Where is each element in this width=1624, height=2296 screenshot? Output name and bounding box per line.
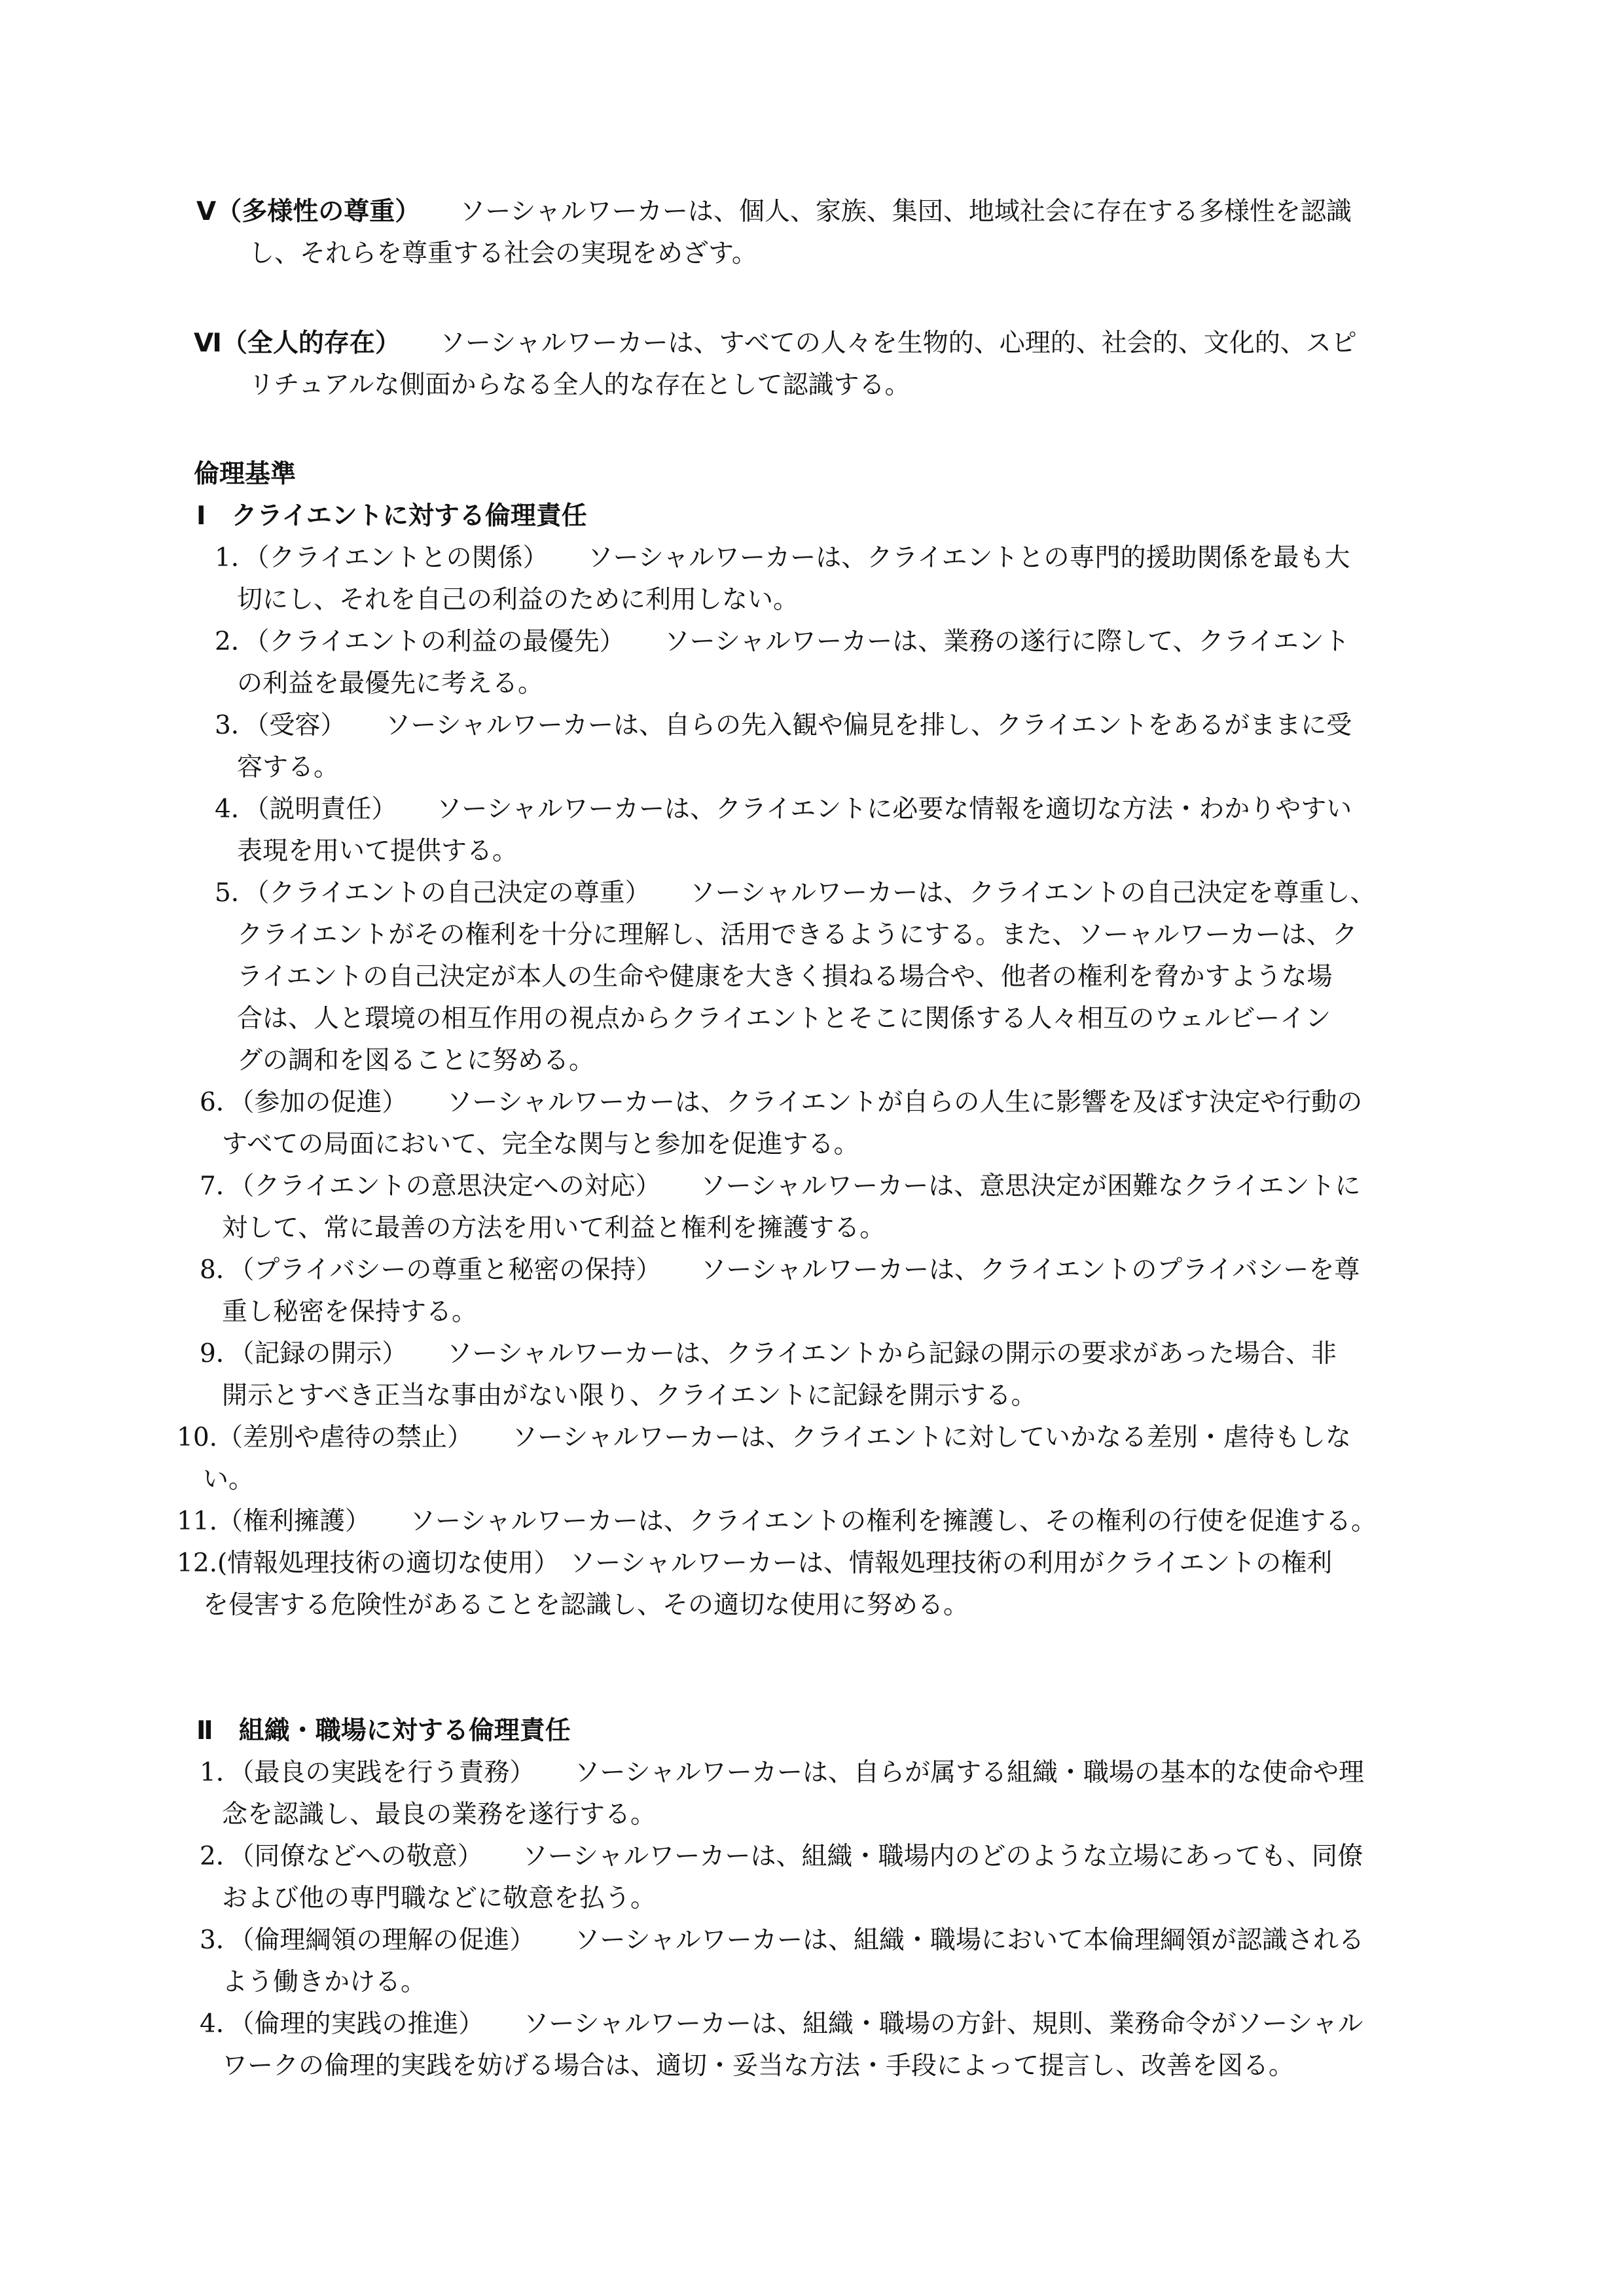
principle-text: ソーシャルワーカーは、すべての人々を生物的、心理的、社会的、文化的、スピ [440, 329, 1357, 358]
list-item: 9．（記録の開示）ソーシャルワーカーは、クライエントから記録の開示の要求があった… [200, 1333, 1337, 1417]
list-item: 2．（クライエントの利益の最優先）ソーシャルワーカーは、業務の遂行に際して、クラ… [215, 621, 1350, 705]
item-title: （権利擁護） [217, 1507, 370, 1536]
item-text: ワークの倫理的実践を妨げる場合は、適切・妥当な方法・手段によって提言し、改善を図… [200, 2045, 1363, 2087]
item-number: 2． [215, 627, 257, 656]
list-item: 6．（参加の促進）ソーシャルワーカーは、クライエントが自らの人生に影響を及ぼす決… [200, 1082, 1362, 1166]
item-text: の利益を最優先に考える。 [215, 663, 1350, 705]
list-item: 5．（クライエントの自己決定の尊重）ソーシャルワーカーは、クライエントの自己決定… [215, 872, 1376, 1082]
section-heading: Ⅱ 組織・職場に対する倫理責任 [196, 1710, 571, 1752]
item-text: よう働きかける。 [200, 1962, 1364, 2003]
item-number: 11. [177, 1507, 217, 1536]
principle-text: リチュアルな側面からなる全人的な存在として認識する。 [194, 365, 1357, 406]
item-number: 6． [200, 1088, 242, 1117]
item-number: 4． [200, 2009, 242, 2039]
item-text: グの調和を図ることに努める。 [215, 1040, 1376, 1082]
item-text: ソーシャルワーカーは、クライエントとの専門的援助関係を最も大 [588, 543, 1350, 573]
item-text: すべての局面において、完全な関与と参加を促進する。 [200, 1124, 1362, 1166]
principle-title: （全人的存在） [222, 329, 401, 358]
item-text: ソーシャルワーカーは、情報処理技術の利用がクライエントの権利 [569, 1549, 1332, 1578]
item-text: ソーシャルワーカーは、組織・職場の方針、規則、業務命令がソーシャル [523, 2009, 1363, 2039]
item-title: （同僚などへの敬意） [242, 1842, 483, 1871]
list-item: 3．（倫理綱領の理解の促進）ソーシャルワーカーは、組織・職場において本倫理綱領が… [200, 1920, 1364, 2003]
item-text: 開示とすべき正当な事由がない限り、クライエントに記録を開示する。 [200, 1375, 1337, 1417]
item-title: （受容） [257, 711, 346, 740]
item-text: ソーシャルワーカーは、クライエントのプライバシーを尊 [700, 1255, 1360, 1285]
item-title: （最良の実践を行う責務） [242, 1758, 535, 1787]
item-number: 8． [200, 1255, 242, 1285]
item-text: ソーシャルワーカーは、クライエントに必要な情報を適切な方法・わかりやすい [436, 795, 1352, 824]
principle-vi: Ⅵ（全人的存在）ソーシャルワーカーは、すべての人々を生物的、心理的、社会的、文化… [194, 323, 1357, 406]
item-text: ソーシャルワーカーは、クライエントから記録の開示の要求があった場合、非 [446, 1339, 1337, 1369]
item-text: ソーシャルワーカーは、業務の遂行に際して、クライエント [664, 627, 1350, 656]
item-title: （差別や虐待の禁止） [217, 1423, 473, 1452]
item-text: 重し秘密を保持する。 [200, 1291, 1360, 1333]
item-text: 合は、人と環境の相互作用の視点からクライエントとそこに関係する人々相互のウェルビ… [215, 998, 1376, 1040]
ethics-standards-heading: 倫理基準 [194, 454, 296, 495]
list-item: 10.（差別や虐待の禁止）ソーシャルワーカーは、クライエントに対していかなる差別… [177, 1417, 1351, 1501]
item-title: （クライエントとの関係） [257, 543, 549, 573]
item-title: （クライエントの利益の最優先） [257, 627, 625, 656]
list-item: 2．（同僚などへの敬意）ソーシャルワーカーは、組織・職場内のどのような立場にあっ… [200, 1836, 1363, 1920]
list-item: 1．（最良の実践を行う責務）ソーシャルワーカーは、自らが属する組織・職場の基本的… [200, 1752, 1364, 1836]
item-number: 1． [200, 1758, 242, 1787]
item-title: （クライエントの意思決定への対応） [242, 1172, 661, 1201]
item-text: ソーシャルワーカーは、自らが属する組織・職場の基本的な使命や理 [574, 1758, 1364, 1787]
principle-text: し、それらを尊重する社会の実現をめざす。 [196, 233, 1352, 275]
item-title: （プライバシーの尊重と秘密の保持） [242, 1255, 662, 1285]
item-number: 10. [177, 1423, 217, 1452]
item-title: （記録の開示） [242, 1339, 408, 1369]
document-page: Ⅴ（多様性の尊重）ソーシャルワーカーは、個人、家族、集団、地域社会に存在する多様… [0, 0, 1624, 2296]
item-number: 7． [200, 1172, 242, 1201]
list-item: 12.(情報処理技術の適切な使用）ソーシャルワーカーは、情報処理技術の利用がクラ… [177, 1543, 1332, 1626]
item-text: ソーシャルワーカーは、意思決定が困難なクライエントに [700, 1172, 1361, 1201]
item-text: ソーシャルワーカーは、クライエントの自己決定を尊重し、 [690, 878, 1376, 908]
item-number: 9． [200, 1339, 242, 1369]
item-text: 切にし、それを自己の利益のために利用しない。 [215, 579, 1350, 621]
item-number: 3． [215, 711, 257, 740]
item-text: クライエントがその権利を十分に理解し、活用できるようにする。また、ソーャルワーカ… [215, 914, 1376, 956]
item-title: （説明責任） [257, 795, 397, 824]
item-text: 容する。 [215, 747, 1352, 789]
list-item: 4．（説明責任）ソーシャルワーカーは、クライエントに必要な情報を適切な方法・わか… [215, 789, 1352, 872]
item-text: ソーシャルワーカーは、自らの先入観や偏見を排し、クライエントをあるがままに受 [385, 711, 1352, 740]
item-number: 3． [200, 1926, 242, 1955]
item-number: 12. [177, 1549, 217, 1578]
item-text: および他の専門職などに敬意を払う。 [200, 1878, 1363, 1920]
item-title: (情報処理技術の適切な使用） [217, 1549, 559, 1578]
item-text: ソーシャルワーカーは、クライエントの権利を擁護し、その権利の行使を促進する。 [410, 1507, 1377, 1536]
principle-title: （多様性の尊重） [216, 197, 420, 226]
item-text: い。 [177, 1459, 1351, 1501]
principle-v: Ⅴ（多様性の尊重）ソーシャルワーカーは、個人、家族、集団、地域社会に存在する多様… [196, 191, 1352, 275]
item-number: 2． [200, 1842, 242, 1871]
item-title: （参加の促進） [242, 1088, 408, 1117]
item-text: 表現を用いて提供する。 [215, 831, 1352, 872]
item-text: ソーシャルワーカーは、組織・職場内のどのような立場にあっても、同僚 [522, 1842, 1363, 1871]
item-number: 4． [215, 795, 257, 824]
list-item: 11.（権利擁護）ソーシャルワーカーは、クライエントの権利を擁護し、その権利の行… [177, 1501, 1377, 1543]
item-text: 念を認識し、最良の業務を遂行する。 [200, 1794, 1364, 1836]
list-item: 8．（プライバシーの尊重と秘密の保持）ソーシャルワーカーは、クライエントのプライ… [200, 1249, 1360, 1333]
item-title: （倫理的実践の推進） [242, 2009, 484, 2039]
item-title: （クライエントの自己決定の尊重） [257, 878, 651, 908]
principle-numeral: Ⅴ [196, 197, 216, 226]
section-heading: Ⅰ クライエントに対する倫理責任 [196, 495, 587, 537]
list-item: 3．（受容）ソーシャルワーカーは、自らの先入観や偏見を排し、クライエントをあるが… [215, 705, 1352, 789]
item-number: 1． [215, 543, 257, 573]
item-text: を侵害する危険性があることを認識し、その適切な使用に努める。 [177, 1585, 1332, 1626]
list-item: 7．（クライエントの意思決定への対応）ソーシャルワーカーは、意思決定が困難なクラ… [200, 1166, 1361, 1249]
list-item: 1．（クライエントとの関係）ソーシャルワーカーは、クライエントとの専門的援助関係… [215, 537, 1350, 621]
item-text: ライエントの自己決定が本人の生命や健康を大きく損ねる場合や、他者の権利を脅かすよ… [215, 956, 1376, 998]
item-text: ソーシャルワーカーは、組織・職場において本倫理綱領が認識される [574, 1926, 1364, 1955]
item-text: ソーシャルワーカーは、クライエントに対していかなる差別・虐待もしな [512, 1423, 1351, 1452]
item-title: （倫理綱領の理解の促進） [242, 1926, 535, 1955]
principle-text: ソーシャルワーカーは、個人、家族、集団、地域社会に存在する多様性を認識 [460, 197, 1352, 226]
principle-numeral: Ⅵ [194, 329, 222, 358]
item-text: ソーシャルワーカーは、クライエントが自らの人生に影響を及ぼす決定や行動の [446, 1088, 1362, 1117]
list-item: 4．（倫理的実践の推進）ソーシャルワーカーは、組織・職場の方針、規則、業務命令が… [200, 2003, 1363, 2087]
item-number: 5． [215, 878, 257, 908]
item-text: 対して、常に最善の方法を用いて利益と権利を擁護する。 [200, 1208, 1361, 1249]
